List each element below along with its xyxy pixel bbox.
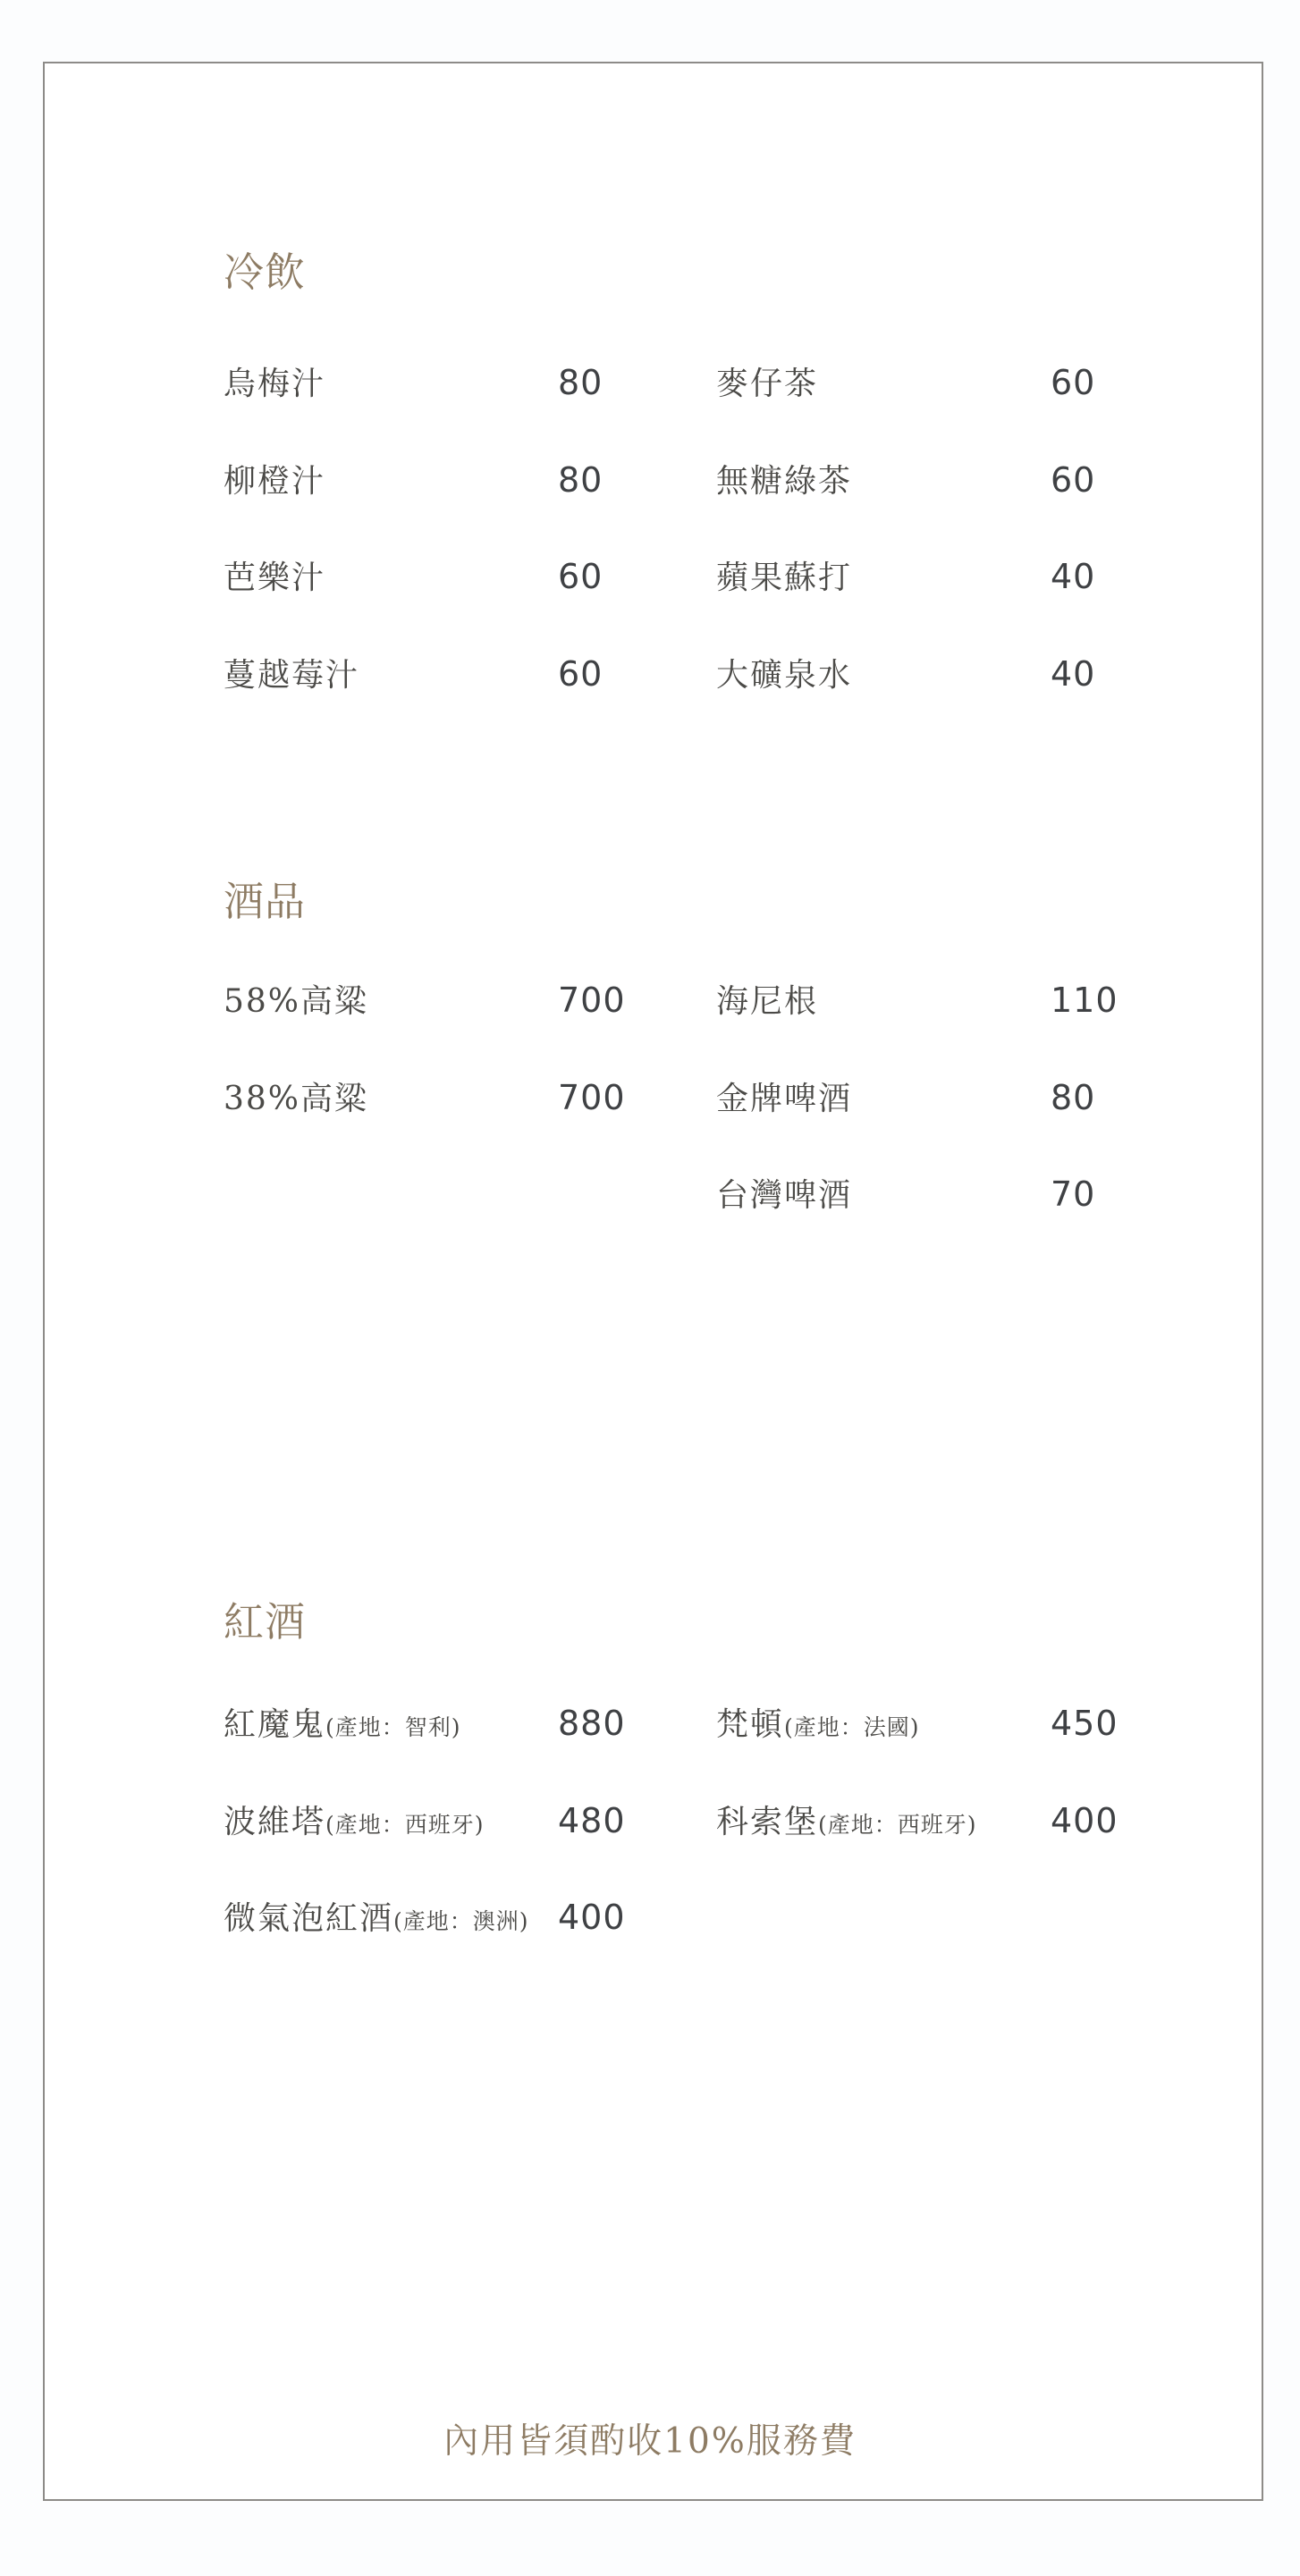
item-name: 金牌啤酒 (716, 1081, 852, 1117)
menu-item-row: 麥仔茶60 (716, 365, 1209, 462)
item-name-group: 微氣泡紅酒(產地：澳洲) (224, 1900, 558, 1938)
item-price: 40 (1051, 656, 1095, 694)
item-name: 紅魔鬼 (224, 1706, 325, 1743)
menu-item-row: 科索堡(產地：西班牙)400 (716, 1803, 1209, 1900)
menu-item-row: 波維塔(產地：西班牙)480 (224, 1803, 716, 1900)
item-price: 40 (1051, 559, 1095, 596)
menu-page: 冷飲 烏梅汁80柳橙汁80芭樂汁60蔓越莓汁60 麥仔茶60無糖綠茶60蘋果蘇打… (0, 0, 1300, 2576)
item-name: 無糖綠茶 (716, 463, 852, 500)
item-name-group: 紅魔鬼(產地：智利) (224, 1706, 558, 1744)
item-name: 38%高粱 (224, 1081, 368, 1117)
menu-item-row: 芭樂汁60 (224, 559, 716, 656)
menu-column-right: 梵頓(產地：法國)450科索堡(產地：西班牙)400 (716, 1705, 1209, 1899)
item-name-group: 58%高粱 (224, 983, 558, 1021)
item-name: 微氣泡紅酒 (224, 1900, 393, 1937)
menu-item-row: 58%高粱700 (224, 982, 716, 1080)
menu-item-row: 蘋果蘇打40 (716, 559, 1209, 656)
menu-item-row: 梵頓(產地：法國)450 (716, 1705, 1209, 1803)
item-name: 大礦泉水 (716, 657, 852, 694)
item-name-group: 蔓越莓汁 (224, 657, 558, 695)
item-origin: (產地：智利) (325, 1714, 461, 1740)
menu-column-right: 海尼根110金牌啤酒80台灣啤酒70 (716, 982, 1209, 1274)
item-name-group: 芭樂汁 (224, 560, 558, 597)
item-name-group: 大礦泉水 (716, 657, 1051, 695)
item-price: 700 (558, 1080, 626, 1117)
menu-item-row: 蔓越莓汁60 (224, 656, 716, 753)
item-price: 80 (558, 462, 603, 500)
item-name: 海尼根 (716, 983, 818, 1020)
item-name: 烏梅汁 (224, 366, 325, 402)
item-name: 科索堡 (716, 1804, 818, 1840)
menu-item-row: 金牌啤酒80 (716, 1080, 1209, 1177)
item-name: 麥仔茶 (716, 366, 818, 402)
item-name-group: 烏梅汁 (224, 366, 558, 403)
item-origin: (產地：澳洲) (393, 1908, 529, 1934)
item-price: 70 (1051, 1176, 1095, 1214)
service-charge-note: 內用皆須酌收10%服務費 (0, 2413, 1300, 2463)
menu-column-right: 麥仔茶60無糖綠茶60蘋果蘇打40大礦泉水40 (716, 365, 1209, 753)
item-name-group: 無糖綠茶 (716, 463, 1051, 501)
item-price: 450 (1051, 1705, 1119, 1743)
menu-item-row: 紅魔鬼(產地：智利)880 (224, 1705, 716, 1803)
section-title-cold-drinks: 冷飲 (224, 252, 306, 292)
item-price: 880 (558, 1705, 626, 1743)
item-name-group: 麥仔茶 (716, 366, 1051, 403)
item-name-group: 波維塔(產地：西班牙) (224, 1804, 558, 1841)
item-price: 400 (1051, 1803, 1119, 1840)
item-name-group: 科索堡(產地：西班牙) (716, 1804, 1051, 1841)
section-title-alcohol: 酒品 (224, 881, 306, 922)
item-name-group: 台灣啤酒 (716, 1177, 1051, 1215)
menu-item-row: 38%高粱700 (224, 1080, 716, 1177)
item-name: 58%高粱 (224, 983, 368, 1020)
section-title-red-wine: 紅酒 (224, 1602, 306, 1642)
section-items-alcohol: 58%高粱70038%高粱700 海尼根110金牌啤酒80台灣啤酒70 (224, 982, 1209, 1274)
item-price: 110 (1051, 982, 1119, 1020)
menu-item-row: 無糖綠茶60 (716, 462, 1209, 560)
item-name-group: 柳橙汁 (224, 463, 558, 501)
item-origin: (產地：法國) (784, 1714, 920, 1740)
item-name: 蘋果蘇打 (716, 560, 852, 596)
item-price: 400 (558, 1899, 626, 1937)
item-price: 480 (558, 1803, 626, 1840)
item-name-group: 蘋果蘇打 (716, 560, 1051, 597)
menu-column-left: 烏梅汁80柳橙汁80芭樂汁60蔓越莓汁60 (224, 365, 716, 753)
section-items-red-wine: 紅魔鬼(產地：智利)880波維塔(產地：西班牙)480微氣泡紅酒(產地：澳洲)4… (224, 1705, 1209, 1997)
menu-item-row: 台灣啤酒70 (716, 1176, 1209, 1274)
menu-item-row: 烏梅汁80 (224, 365, 716, 462)
item-price: 700 (558, 982, 626, 1020)
item-name: 柳橙汁 (224, 463, 325, 500)
item-origin: (產地：西班牙) (325, 1812, 485, 1838)
item-name-group: 海尼根 (716, 983, 1051, 1021)
menu-item-row: 海尼根110 (716, 982, 1209, 1080)
item-name: 芭樂汁 (224, 560, 325, 596)
item-name-group: 金牌啤酒 (716, 1081, 1051, 1118)
item-name-group: 38%高粱 (224, 1081, 558, 1118)
menu-column-left: 58%高粱70038%高粱700 (224, 982, 716, 1176)
item-name: 波維塔 (224, 1804, 325, 1840)
item-name-group: 梵頓(產地：法國) (716, 1706, 1051, 1744)
item-price: 60 (558, 559, 603, 596)
section-items-cold-drinks: 烏梅汁80柳橙汁80芭樂汁60蔓越莓汁60 麥仔茶60無糖綠茶60蘋果蘇打40大… (224, 365, 1209, 753)
menu-column-left: 紅魔鬼(產地：智利)880波維塔(產地：西班牙)480微氣泡紅酒(產地：澳洲)4… (224, 1705, 716, 1997)
item-name: 台灣啤酒 (716, 1177, 852, 1214)
menu-item-row: 微氣泡紅酒(產地：澳洲)400 (224, 1899, 716, 1997)
item-price: 80 (558, 365, 603, 402)
item-price: 60 (558, 656, 603, 694)
item-price: 60 (1051, 365, 1095, 402)
item-origin: (產地：西班牙) (818, 1812, 977, 1838)
item-name: 梵頓 (716, 1706, 784, 1743)
menu-item-row: 大礦泉水40 (716, 656, 1209, 753)
item-price: 80 (1051, 1080, 1095, 1117)
item-price: 60 (1051, 462, 1095, 500)
menu-item-row: 柳橙汁80 (224, 462, 716, 560)
item-name: 蔓越莓汁 (224, 657, 359, 694)
